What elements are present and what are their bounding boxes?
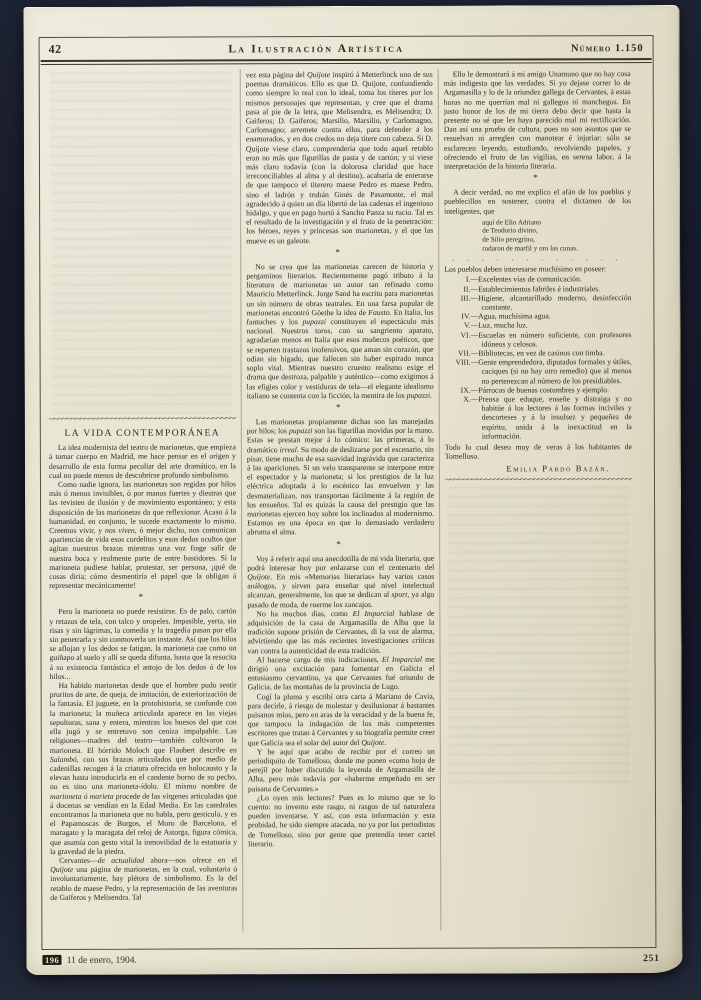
ellipsis-line: . . . . . . . . . . . . [452, 254, 631, 263]
magazine-page: 42 La Ilustración Artística Número 1.150… [23, 5, 682, 975]
paragraph: Todo lo cual deseo muy de veras á los ha… [445, 442, 632, 461]
asterism-divider: * [246, 250, 433, 256]
issue-box-number: 196 [42, 955, 61, 965]
footer-date: 11 de enero, 1904. [67, 956, 137, 966]
paragraph: Al hacerse cargo de mis indicaciones, El… [248, 655, 435, 692]
paragraph: vez esta página del Quijote inspiró á Me… [246, 70, 434, 245]
issue-number: Número 1.150 [571, 43, 644, 54]
page-number-left: 42 [49, 42, 62, 57]
paragraph: Cogí la pluma y escribí otra carta á Mar… [248, 691, 435, 747]
wavy-rule-decoration: ~~~~~~~~~~~~~~~~~~~~~~~~~~~~~~~~~~~~~~~~… [445, 477, 632, 485]
verse-block: aquí de Elio Adrianode Teodorio divino,d… [482, 218, 631, 253]
roman-numbered-list: I.—Excelentes vías de comunicación.II.—E… [444, 275, 632, 441]
footer-left: 196 11 de enero, 1904. [42, 955, 136, 966]
wavy-rule-decoration: ~~~~~~~~~~~~~~~~~~~~~~~~~~~~~~~~~~~~~~~~… [49, 416, 236, 424]
masthead: 42 La Ilustración Artística Número 1.150 [40, 36, 653, 60]
paragraph: Voy á referir aquí una anecdotilla de mi… [247, 553, 434, 609]
paragraph: Cervantes—de actualidad ahora—nos ofrece… [50, 855, 237, 902]
page-footer: 196 11 de enero, 1904. 251 [42, 953, 659, 966]
paragraph: ¿Lo oyen mis lectores? Pues es lo mismo … [248, 793, 435, 849]
author-signature: Emilia Pardo Bazán. [445, 465, 632, 475]
paragraph: No se crea que las marionetas carecen de… [246, 262, 433, 401]
paragraph: Pero la marioneta no puede resistirse. E… [49, 607, 236, 681]
asterism-divider: * [49, 595, 236, 601]
column-2: vez esta página del Quijote inspiró á Me… [241, 69, 441, 932]
bleed-through-ghost [51, 71, 233, 414]
list-item: III.—Higiene, alcantarillado moderno, de… [444, 293, 631, 312]
page-number-right: 251 [643, 953, 660, 964]
paragraph: La idea modernista del teatro de marione… [49, 443, 236, 480]
page-frame: 42 La Ilustración Artística Número 1.150… [39, 35, 657, 950]
column-1: ~~~~~~~~~~~~~~~~~~~~~~~~~~~~~~~~~~~~~~~~… [43, 69, 243, 932]
article-columns: ~~~~~~~~~~~~~~~~~~~~~~~~~~~~~~~~~~~~~~~~… [40, 63, 656, 932]
paragraph: Las marionetas propiamente dichas son la… [247, 417, 434, 537]
asterism-divider: * [247, 541, 434, 547]
list-item: VIII.—Gente emprendedora, diputados form… [445, 357, 632, 385]
section-title: LA VIDA CONTEMPORÁNEA [49, 428, 236, 438]
column-3: Ello le demostrará á mi amigo Unamuno qu… [439, 68, 639, 931]
paragraph: Ello le demostrará á mi amigo Unamuno qu… [444, 69, 631, 171]
paragraph: Y he aquí que acabo de recibir por el co… [248, 747, 435, 794]
paragraph: Los pueblos deben interesarse muchísimo … [444, 264, 631, 274]
journal-title: La Ilustración Artística [228, 43, 404, 56]
list-item: VI.—Escuelas en número suficiente, con p… [444, 330, 631, 349]
asterism-divider: * [247, 405, 434, 411]
bleed-through-ghost [448, 486, 630, 787]
paragraph: Ha habido marionetas desde que el hombre… [50, 680, 238, 855]
asterism-divider: * [444, 175, 631, 181]
paragraph: A decir verdad, no me explico el afán de… [444, 187, 631, 215]
paragraph: No ha muchos días, como El Imparcial hab… [247, 609, 434, 656]
scan-background: 42 La Ilustración Artística Número 1.150… [0, 0, 701, 1000]
list-item: X.—Prensa que eduque, enseñe y distraiga… [445, 394, 632, 441]
paragraph: Como nadie ignora, las marionetas son re… [49, 479, 236, 590]
